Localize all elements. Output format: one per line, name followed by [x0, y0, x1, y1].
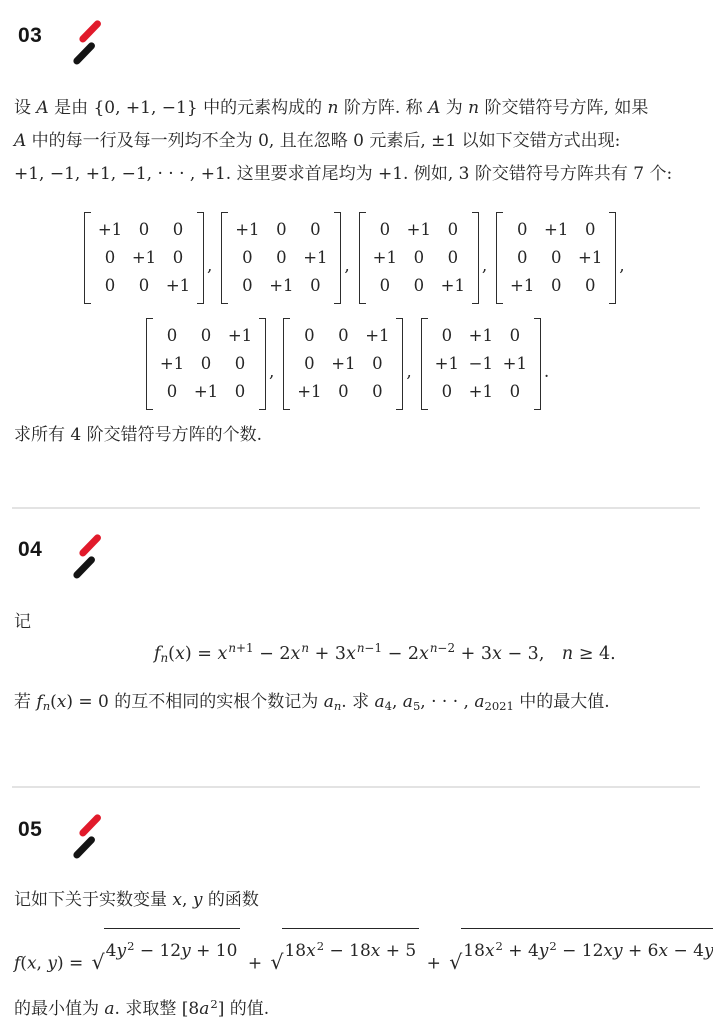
matrix-cell: 0 — [573, 272, 607, 300]
matrix-cell: 0 — [292, 350, 326, 378]
matrix-cell: +1 — [402, 216, 436, 244]
matrix-cell: 0 — [573, 216, 607, 244]
section-divider — [12, 507, 700, 509]
matrix-cell: +1 — [155, 350, 189, 378]
matrix-cell: +1 — [573, 244, 607, 272]
problem-04-intro: 记 — [14, 606, 31, 639]
left-bracket — [421, 318, 428, 410]
pen-stroke-black — [72, 835, 96, 860]
matrix-cell: 0 — [430, 322, 464, 350]
matrix-cell: 0 — [498, 378, 532, 406]
matrix-3x3: +1000+1000+1 — [84, 212, 204, 304]
right-bracket — [334, 212, 341, 304]
matrix-3x3: 0+1000+1+100 — [496, 212, 616, 304]
matrix-cell: 0 — [230, 244, 264, 272]
matrix-separator: , — [269, 346, 274, 382]
text-line: A 中的每一行及每一列均不全为 0, 且在忽略 0 元素后, ±1 以如下交错方… — [14, 125, 672, 158]
left-bracket — [359, 212, 366, 304]
matrix-cell: 0 — [161, 244, 195, 272]
matrix-cell: 0 — [189, 350, 223, 378]
matrix-row-2: 00+1+1000+10,00+10+10+100,0+10+1−1+10+10… — [146, 318, 551, 410]
matrix-separator: , — [619, 240, 624, 276]
matrix-cell: 0 — [93, 272, 127, 300]
matrix-separator: , — [406, 346, 411, 382]
right-bracket — [396, 318, 403, 410]
matrix-cell: 0 — [223, 378, 257, 406]
matrix-grid: 00+10+10+100 — [290, 318, 396, 410]
matrix-cell: 0 — [368, 216, 402, 244]
pencil-slash-icon — [70, 814, 104, 862]
pencil-slash-icon — [70, 20, 104, 68]
problem-03-statement: 设 A 是由 {0, +1, −1} 中的元素构成的 n 阶方阵. 称 A 为 … — [14, 92, 672, 191]
matrix-cell: +1 — [539, 216, 573, 244]
matrix-cell: 0 — [326, 378, 360, 406]
matrix-cell: 0 — [230, 272, 264, 300]
matrix-3x3: 00+1+1000+10 — [146, 318, 266, 410]
matrix-cell: +1 — [93, 216, 127, 244]
matrix-cell: 0 — [402, 244, 436, 272]
matrix-cell: 0 — [360, 350, 394, 378]
pencil-slash-icon — [70, 534, 104, 582]
matrix-grid: 00+1+1000+10 — [153, 318, 259, 410]
math-problem-sheet: 03 设 A 是由 {0, +1, −1} 中的元素构成的 n 阶方阵. 称 A… — [0, 0, 713, 1036]
matrix-3x3: 0+10+10000+1 — [359, 212, 479, 304]
right-bracket — [197, 212, 204, 304]
matrix-cell: −1 — [464, 350, 498, 378]
text-line: 设 A 是由 {0, +1, −1} 中的元素构成的 n 阶方阵. 称 A 为 … — [14, 92, 672, 125]
sqrt-radical: √4y2 − 12y + 10 — [92, 928, 241, 972]
matrix-cell: 0 — [223, 350, 257, 378]
matrix-cell: 0 — [264, 244, 298, 272]
matrix-cell: +1 — [264, 272, 298, 300]
problem-04-question: 若 fn(x) = 0 的互不相同的实根个数记为 an. 求 a4, a5, ·… — [14, 686, 610, 720]
sqrt-radical: √18x2 + 4y2 − 12xy + 6x − 4y + 1 — [449, 928, 713, 972]
matrix-cell: 0 — [298, 272, 332, 300]
matrix-cell: 0 — [155, 322, 189, 350]
matrix-cell: 0 — [539, 244, 573, 272]
pen-stroke-red — [78, 533, 102, 558]
matrix-cell: 0 — [292, 322, 326, 350]
problem-number: 03 — [18, 20, 42, 48]
matrix-cell: +1 — [430, 350, 464, 378]
matrix-grid: 0+1000+1+100 — [503, 212, 609, 304]
matrix-cell: +1 — [223, 322, 257, 350]
matrix-cell: 0 — [539, 272, 573, 300]
matrix-grid: +1000+1000+1 — [91, 212, 197, 304]
matrix-cell: +1 — [360, 322, 394, 350]
matrix-cell: +1 — [230, 216, 264, 244]
left-bracket — [496, 212, 503, 304]
problem-number: 04 — [18, 534, 42, 562]
matrix-separator: , — [482, 240, 487, 276]
matrix-row-1: +1000+1000+1,+10000+10+10,0+10+10000+1,0… — [84, 212, 627, 304]
matrix-separator: , — [344, 240, 349, 276]
problem-05-question: 的最小值为 a. 求取整 [8a2] 的值. — [14, 993, 269, 1027]
matrix-cell: 0 — [430, 378, 464, 406]
matrix-3x3: 0+10+1−1+10+10 — [421, 318, 541, 410]
matrix-cell: +1 — [189, 378, 223, 406]
matrix-grid: +10000+10+10 — [228, 212, 334, 304]
matrix-cell: 0 — [402, 272, 436, 300]
matrix-cell: +1 — [326, 350, 360, 378]
left-bracket — [221, 212, 228, 304]
matrix-cell: 0 — [505, 216, 539, 244]
matrix-cell: +1 — [292, 378, 326, 406]
matrix-cell: 0 — [326, 322, 360, 350]
matrix-cell: +1 — [498, 350, 532, 378]
matrix-cell: +1 — [368, 244, 402, 272]
matrix-cell: +1 — [436, 272, 470, 300]
matrix-cell: 0 — [127, 272, 161, 300]
problem-05-header: 05 — [18, 814, 104, 862]
pen-stroke-black — [72, 555, 96, 580]
problem-03-header: 03 — [18, 20, 104, 68]
problem-number: 05 — [18, 814, 42, 842]
right-bracket — [472, 212, 479, 304]
matrix-cell: 0 — [155, 378, 189, 406]
matrix-3x3: +10000+10+10 — [221, 212, 341, 304]
left-bracket — [146, 318, 153, 410]
matrix-cell: +1 — [298, 244, 332, 272]
right-bracket — [259, 318, 266, 410]
matrix-grid: 0+10+1−1+10+10 — [428, 318, 534, 410]
sqrt-radical: √18x2 − 18x + 5 — [270, 928, 419, 972]
matrix-cell: 0 — [127, 216, 161, 244]
matrix-cell: 0 — [189, 322, 223, 350]
matrix-3x3: 00+10+10+100 — [283, 318, 403, 410]
matrix-separator: , — [207, 240, 212, 276]
matrix-cell: 0 — [505, 244, 539, 272]
problem-04-header: 04 — [18, 534, 104, 582]
left-bracket — [283, 318, 290, 410]
matrix-cell: 0 — [93, 244, 127, 272]
problem-05-intro: 记如下关于实数变量 x, y 的函数 — [14, 884, 259, 917]
matrix-cell: 0 — [360, 378, 394, 406]
pen-stroke-red — [78, 19, 102, 44]
matrix-cell: +1 — [464, 322, 498, 350]
problem-05-formula: f(x, y) = √4y2 − 12y + 10 + √18x2 − 18x … — [14, 928, 713, 984]
matrix-cell: +1 — [127, 244, 161, 272]
matrix-cell: +1 — [161, 272, 195, 300]
problem-03-question: 求所有 4 阶交错符号方阵的个数. — [14, 419, 262, 452]
matrix-cell: 0 — [161, 216, 195, 244]
matrix-cell: +1 — [464, 378, 498, 406]
matrix-cell: 0 — [498, 322, 532, 350]
matrix-grid: 0+10+10000+1 — [366, 212, 472, 304]
section-divider — [12, 786, 700, 788]
matrix-separator: . — [544, 346, 549, 382]
problem-04-formula: fn(x) = xn+1 − 2xn + 3xn−1 − 2xn−2 + 3x … — [154, 634, 616, 675]
right-bracket — [609, 212, 616, 304]
matrix-cell: 0 — [368, 272, 402, 300]
matrix-cell: +1 — [505, 272, 539, 300]
text-line: +1, −1, +1, −1, · · · , +1. 这里要求首尾均为 +1.… — [14, 158, 672, 191]
right-bracket — [534, 318, 541, 410]
pen-stroke-red — [78, 813, 102, 838]
matrix-cell: 0 — [264, 216, 298, 244]
matrix-cell: 0 — [298, 216, 332, 244]
pen-stroke-black — [72, 41, 96, 66]
left-bracket — [84, 212, 91, 304]
matrix-cell: 0 — [436, 244, 470, 272]
matrix-cell: 0 — [436, 216, 470, 244]
